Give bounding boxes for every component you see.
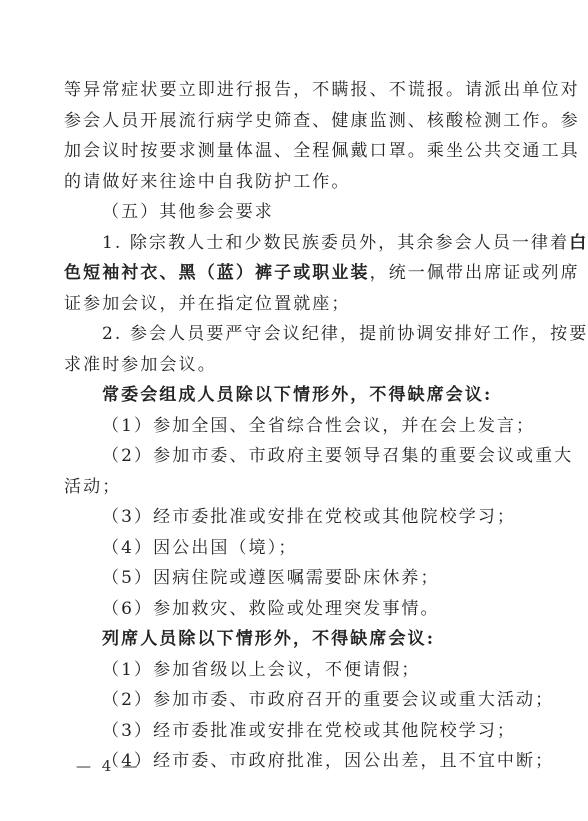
text-line: （3）经市委批准或安排在党校或其他院校学习； (64, 716, 526, 747)
text-segment: （5）因病住院或遵医嘱需要卧床休养； (102, 568, 440, 588)
text-segment: 证参加会议，并在指定位置就座； (64, 294, 351, 314)
text-line: 2. 参会人员要严守会议纪律，提前协调安排好工作，按要 (64, 319, 526, 350)
text-segment: （3）经市委批准或安排在党校或其他院校学习； (102, 507, 516, 527)
text-line: （6）参加救灾、救险或处理突发事情。 (64, 594, 526, 625)
text-line: 参会人员开展流行病学史筛查、健康监测、核酸检测工作。参 (64, 106, 526, 137)
text-segment: （6）参加救灾、救险或处理突发事情。 (102, 599, 440, 619)
text-line: 加会议时按要求测量体温、全程佩戴口罩。乘坐公共交通工具 (64, 136, 526, 167)
text-line: （五）其他参会要求 (64, 197, 526, 228)
text-line: 常委会组成人员除以下情形外，不得缺席会议: (64, 380, 526, 411)
bold-text: 列席人员除以下情形外，不得缺席会议: (102, 629, 435, 649)
text-line: 1. 除宗教人士和少数民族委员外，其余参会人员一律着白 (64, 228, 526, 259)
text-segment: （4）因公出国（境）； (102, 538, 297, 558)
text-line: 求准时参加会议。 (64, 350, 526, 381)
text-segment: 求准时参加会议。 (64, 355, 217, 375)
text-segment: （五）其他参会要求 (102, 202, 274, 222)
text-line: 列席人员除以下情形外，不得缺席会议: (64, 624, 526, 655)
text-line: （2）参加市委、市政府召开的重要会议或重大活动； (64, 685, 526, 716)
text-line: 色短袖衬衣、黑（蓝）裤子或职业装，统一佩带出席证或列席 (64, 258, 526, 289)
text-line: （1）参加全国、全省综合性会议，并在会上发言； (64, 411, 526, 442)
text-line: 等异常症状要立即进行报告，不瞒报、不谎报。请派出单位对 (64, 75, 526, 106)
text-segment: 等异常症状要立即进行报告，不瞒报、不谎报。请派出单位对 (64, 80, 580, 100)
text-segment: 的请做好来往途中自我防护工作。 (64, 172, 351, 192)
text-segment: （4）经市委、市政府批准，因公出差，且不宜中断； (102, 751, 554, 771)
document-body: 等异常症状要立即进行报告，不瞒报、不谎报。请派出单位对参会人员开展流行病学史筛查… (64, 75, 526, 777)
text-line: 活动； (64, 472, 526, 503)
text-segment: （1）参加全国、全省综合性会议，并在会上发言； (102, 416, 535, 436)
text-line: （4）因公出国（境）； (64, 533, 526, 564)
text-segment: （1）参加省级以上会议，不便请假； (102, 660, 421, 680)
text-line: （5）因病住院或遵医嘱需要卧床休养； (64, 563, 526, 594)
text-line: 的请做好来往途中自我防护工作。 (64, 167, 526, 198)
text-segment: 活动； (64, 477, 121, 497)
bold-text: 色短袖衬衣、黑（蓝）裤子或职业装 (64, 263, 370, 283)
text-line: （1）参加省级以上会议，不便请假； (64, 655, 526, 686)
page-number: — 4 — (76, 757, 140, 775)
bold-text: 白 (569, 233, 588, 253)
text-line: （2）参加市委、市政府主要领导召集的重要会议或重大 (64, 441, 526, 472)
text-segment: 加会议时按要求测量体温、全程佩戴口罩。乘坐公共交通工具 (64, 141, 580, 161)
text-segment: 2. 参会人员要严守会议纪律，提前协调安排好工作，按要 (102, 324, 588, 344)
text-line: （3）经市委批准或安排在党校或其他院校学习； (64, 502, 526, 533)
text-segment: 参会人员开展流行病学史筛查、健康监测、核酸检测工作。参 (64, 111, 580, 131)
text-segment: （3）经市委批准或安排在党校或其他院校学习； (102, 721, 516, 741)
text-segment: （2）参加市委、市政府主要领导召集的重要会议或重大 (102, 446, 573, 466)
bold-text: 常委会组成人员除以下情形外，不得缺席会议: (102, 385, 492, 405)
text-segment: ，统一佩带出席证或列席 (370, 263, 580, 283)
text-segment: 1. 除宗教人士和少数民族委员外，其余参会人员一律着 (102, 233, 569, 253)
text-segment: （2）参加市委、市政府召开的重要会议或重大活动； (102, 690, 554, 710)
text-line: 证参加会议，并在指定位置就座； (64, 289, 526, 320)
